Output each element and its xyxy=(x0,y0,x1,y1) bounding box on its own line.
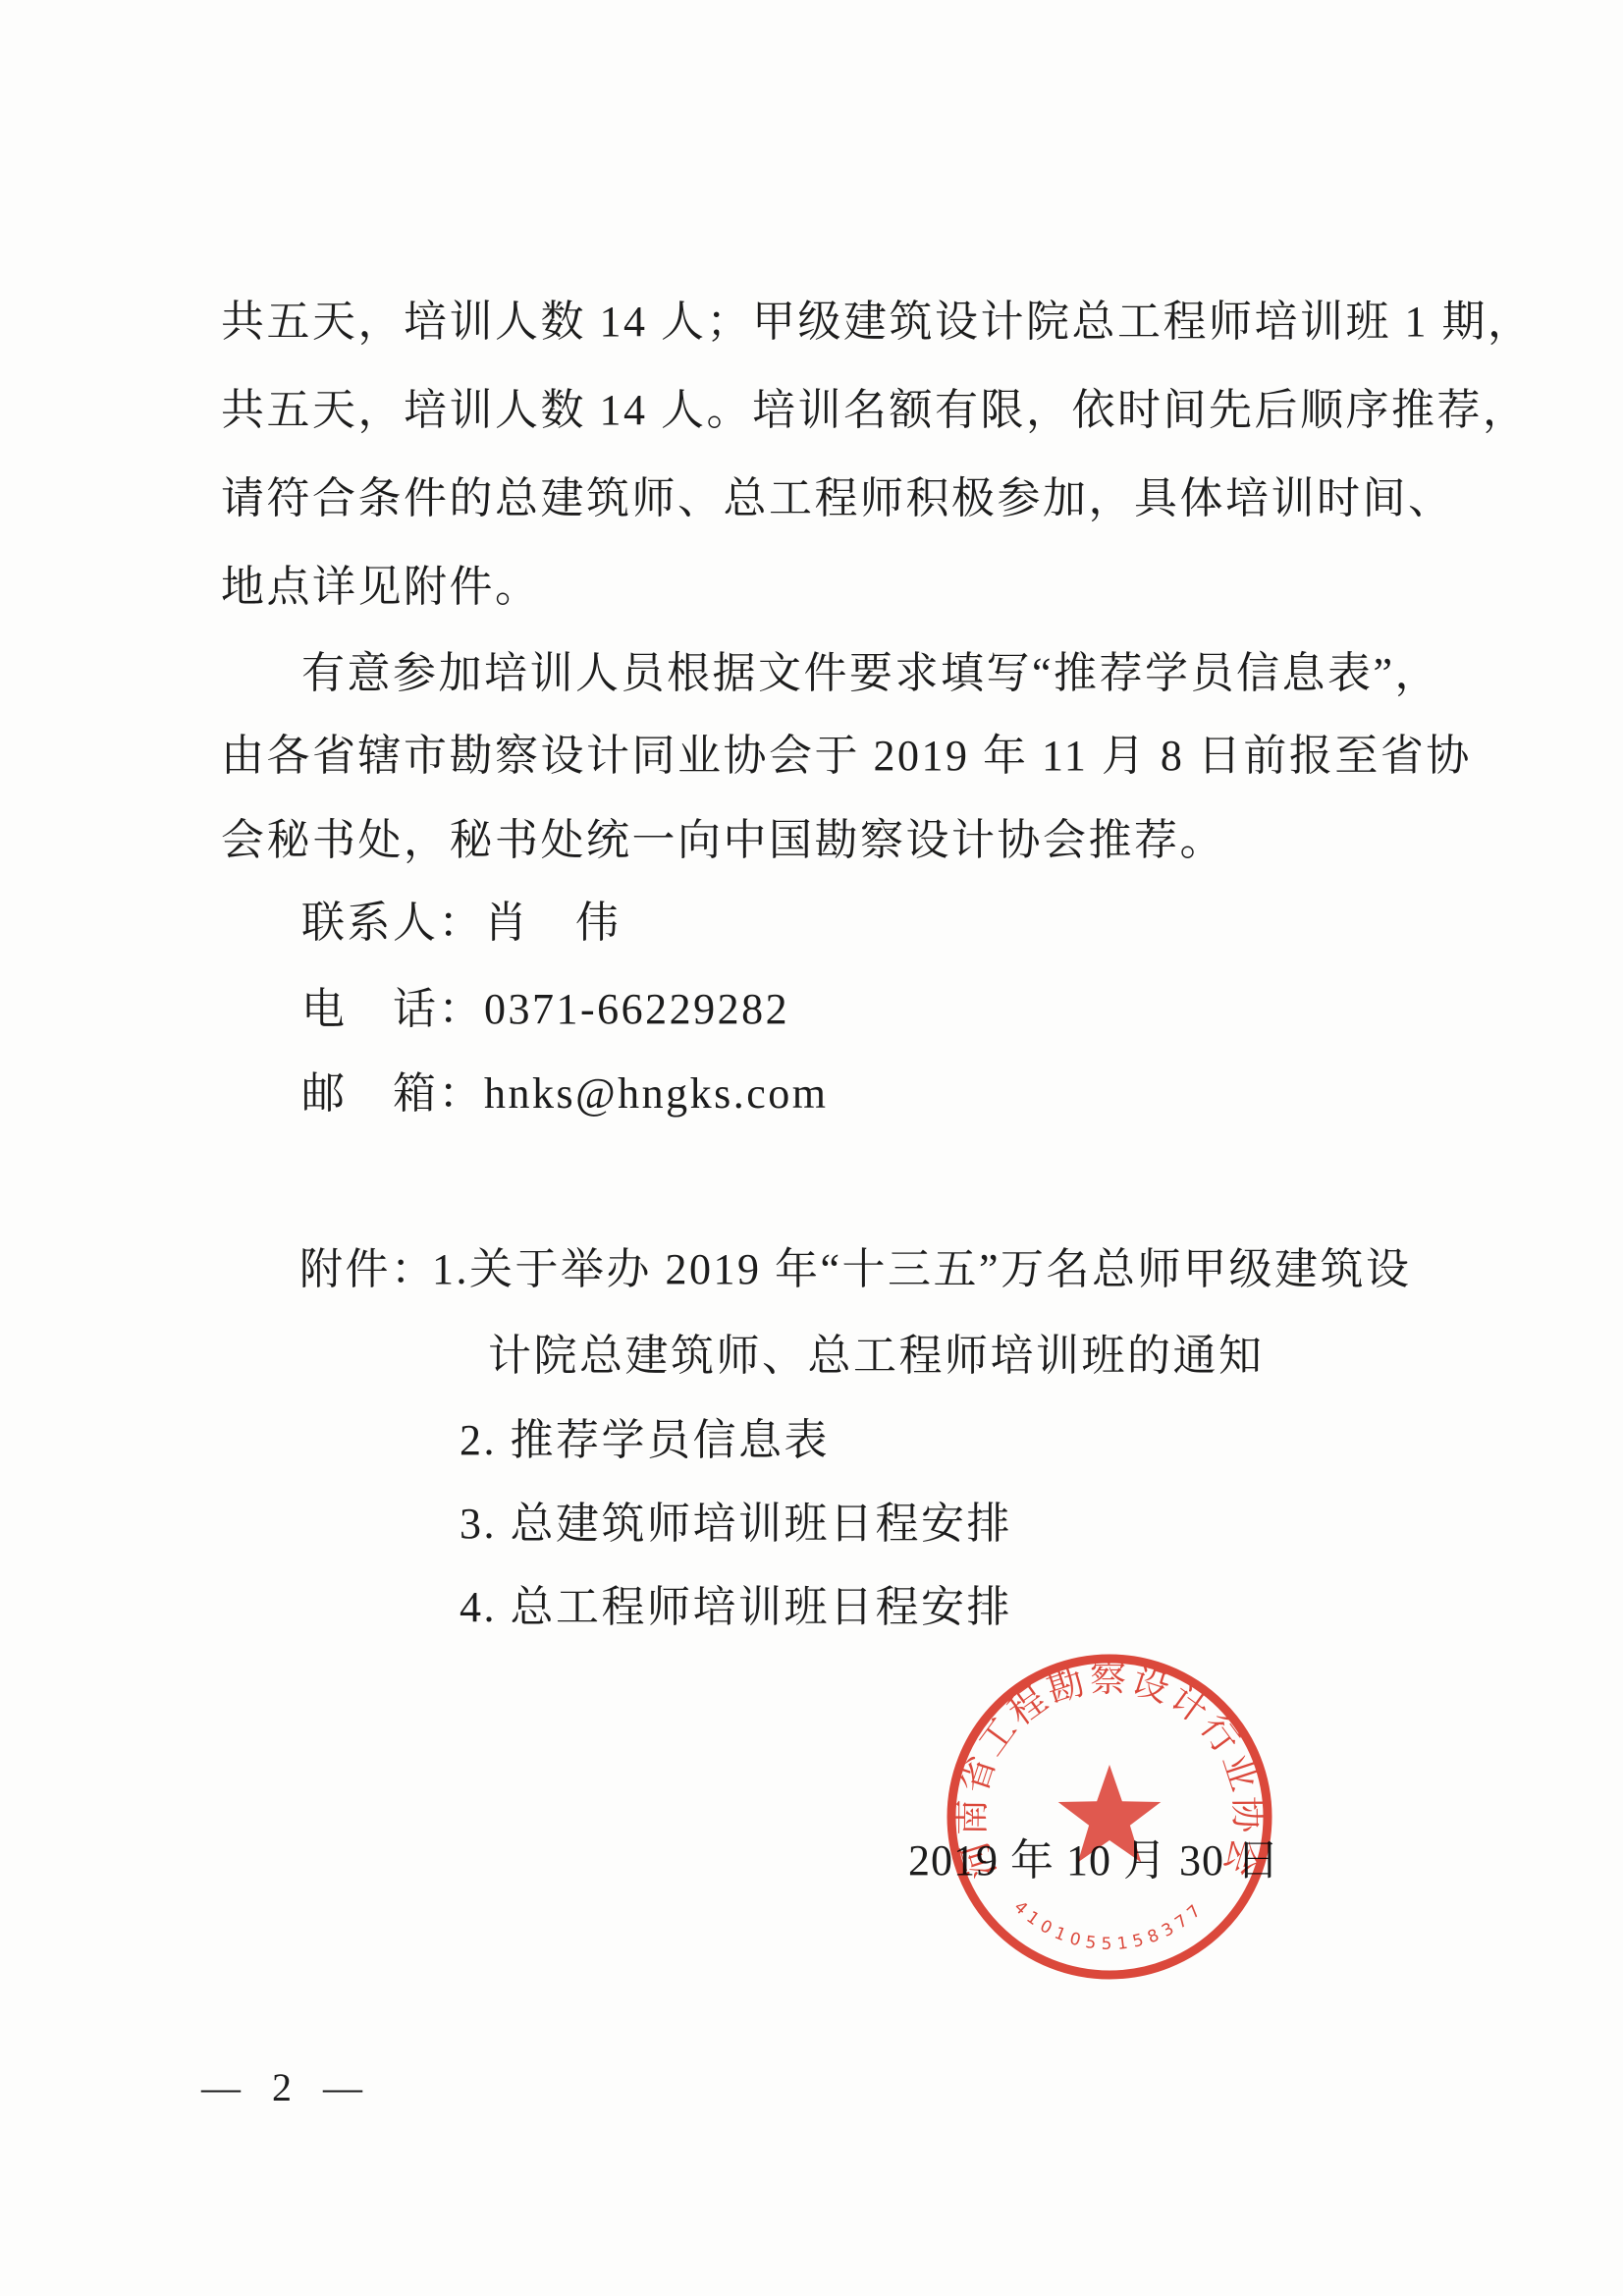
body-line: 会秘书处，秘书处统一向中国勘察设计协会推荐。 xyxy=(221,815,1225,866)
contact-email-value: hnks@hngks.com xyxy=(484,1069,829,1118)
contact-phone-label: 电 话： xyxy=(301,985,484,1033)
body-line: 由各省辖市勘察设计同业协会于 2019 年 11 月 8 日前报至省协 xyxy=(221,731,1472,782)
page-number: — 2 — xyxy=(201,2064,364,2110)
attachments-label: 附件： xyxy=(299,1233,437,1296)
contact-person-label: 联系人： xyxy=(301,899,484,947)
document-page: 共五天，培训人数 14 人；甲级建筑设计院总工程师培训班 1 期， 共五天，培训… xyxy=(0,0,1623,2296)
contact-email-line: 邮 箱：hnks@hngks.com xyxy=(301,1068,829,1120)
seal-star-icon xyxy=(1058,1765,1162,1863)
attachment-item-4: 4. 总工程师培训班日程安排 xyxy=(460,1571,1012,1634)
contact-person-value: 肖 伟 xyxy=(484,899,622,947)
seal-serial-textpath: 4101055158377 xyxy=(1010,1897,1210,1954)
attachment-item-2: 2. 推荐学员信息表 xyxy=(460,1404,830,1467)
contact-person-line: 联系人：肖 伟 xyxy=(301,898,622,949)
body-line: 有意参加培训人员根据文件要求填写“推荐学员信息表”， xyxy=(301,648,1440,699)
contact-email-label: 邮 箱： xyxy=(301,1069,484,1118)
contact-phone-value: 0371-66229282 xyxy=(484,985,789,1033)
attachment-item-1-line-1: 1.关于举办 2019 年“十三五”万名总师甲级建筑设 xyxy=(432,1233,1412,1296)
body-line: 请符合条件的总建筑师、总工程师积极参加，具体培训时间、 xyxy=(221,473,1454,524)
body-line: 共五天，培训人数 14 人；甲级建筑设计院总工程师培训班 1 期， xyxy=(221,297,1534,348)
attachment-item-1-line-2: 计院总建筑师、总工程师培训班的通知 xyxy=(488,1320,1265,1383)
seal-serial-number: 4101055158377 xyxy=(1010,1897,1210,1954)
body-line: 地点详见附件。 xyxy=(221,562,541,613)
contact-phone-line: 电 话：0371-66229282 xyxy=(301,984,789,1035)
official-seal: 河南省工程勘察设计行业协会 4101055158377 xyxy=(943,1650,1276,1984)
body-line: 共五天，培训人数 14 人。培训名额有限，依时间先后顺序推荐， xyxy=(221,385,1529,436)
attachment-item-3: 3. 总建筑师培训班日程安排 xyxy=(460,1488,1012,1551)
